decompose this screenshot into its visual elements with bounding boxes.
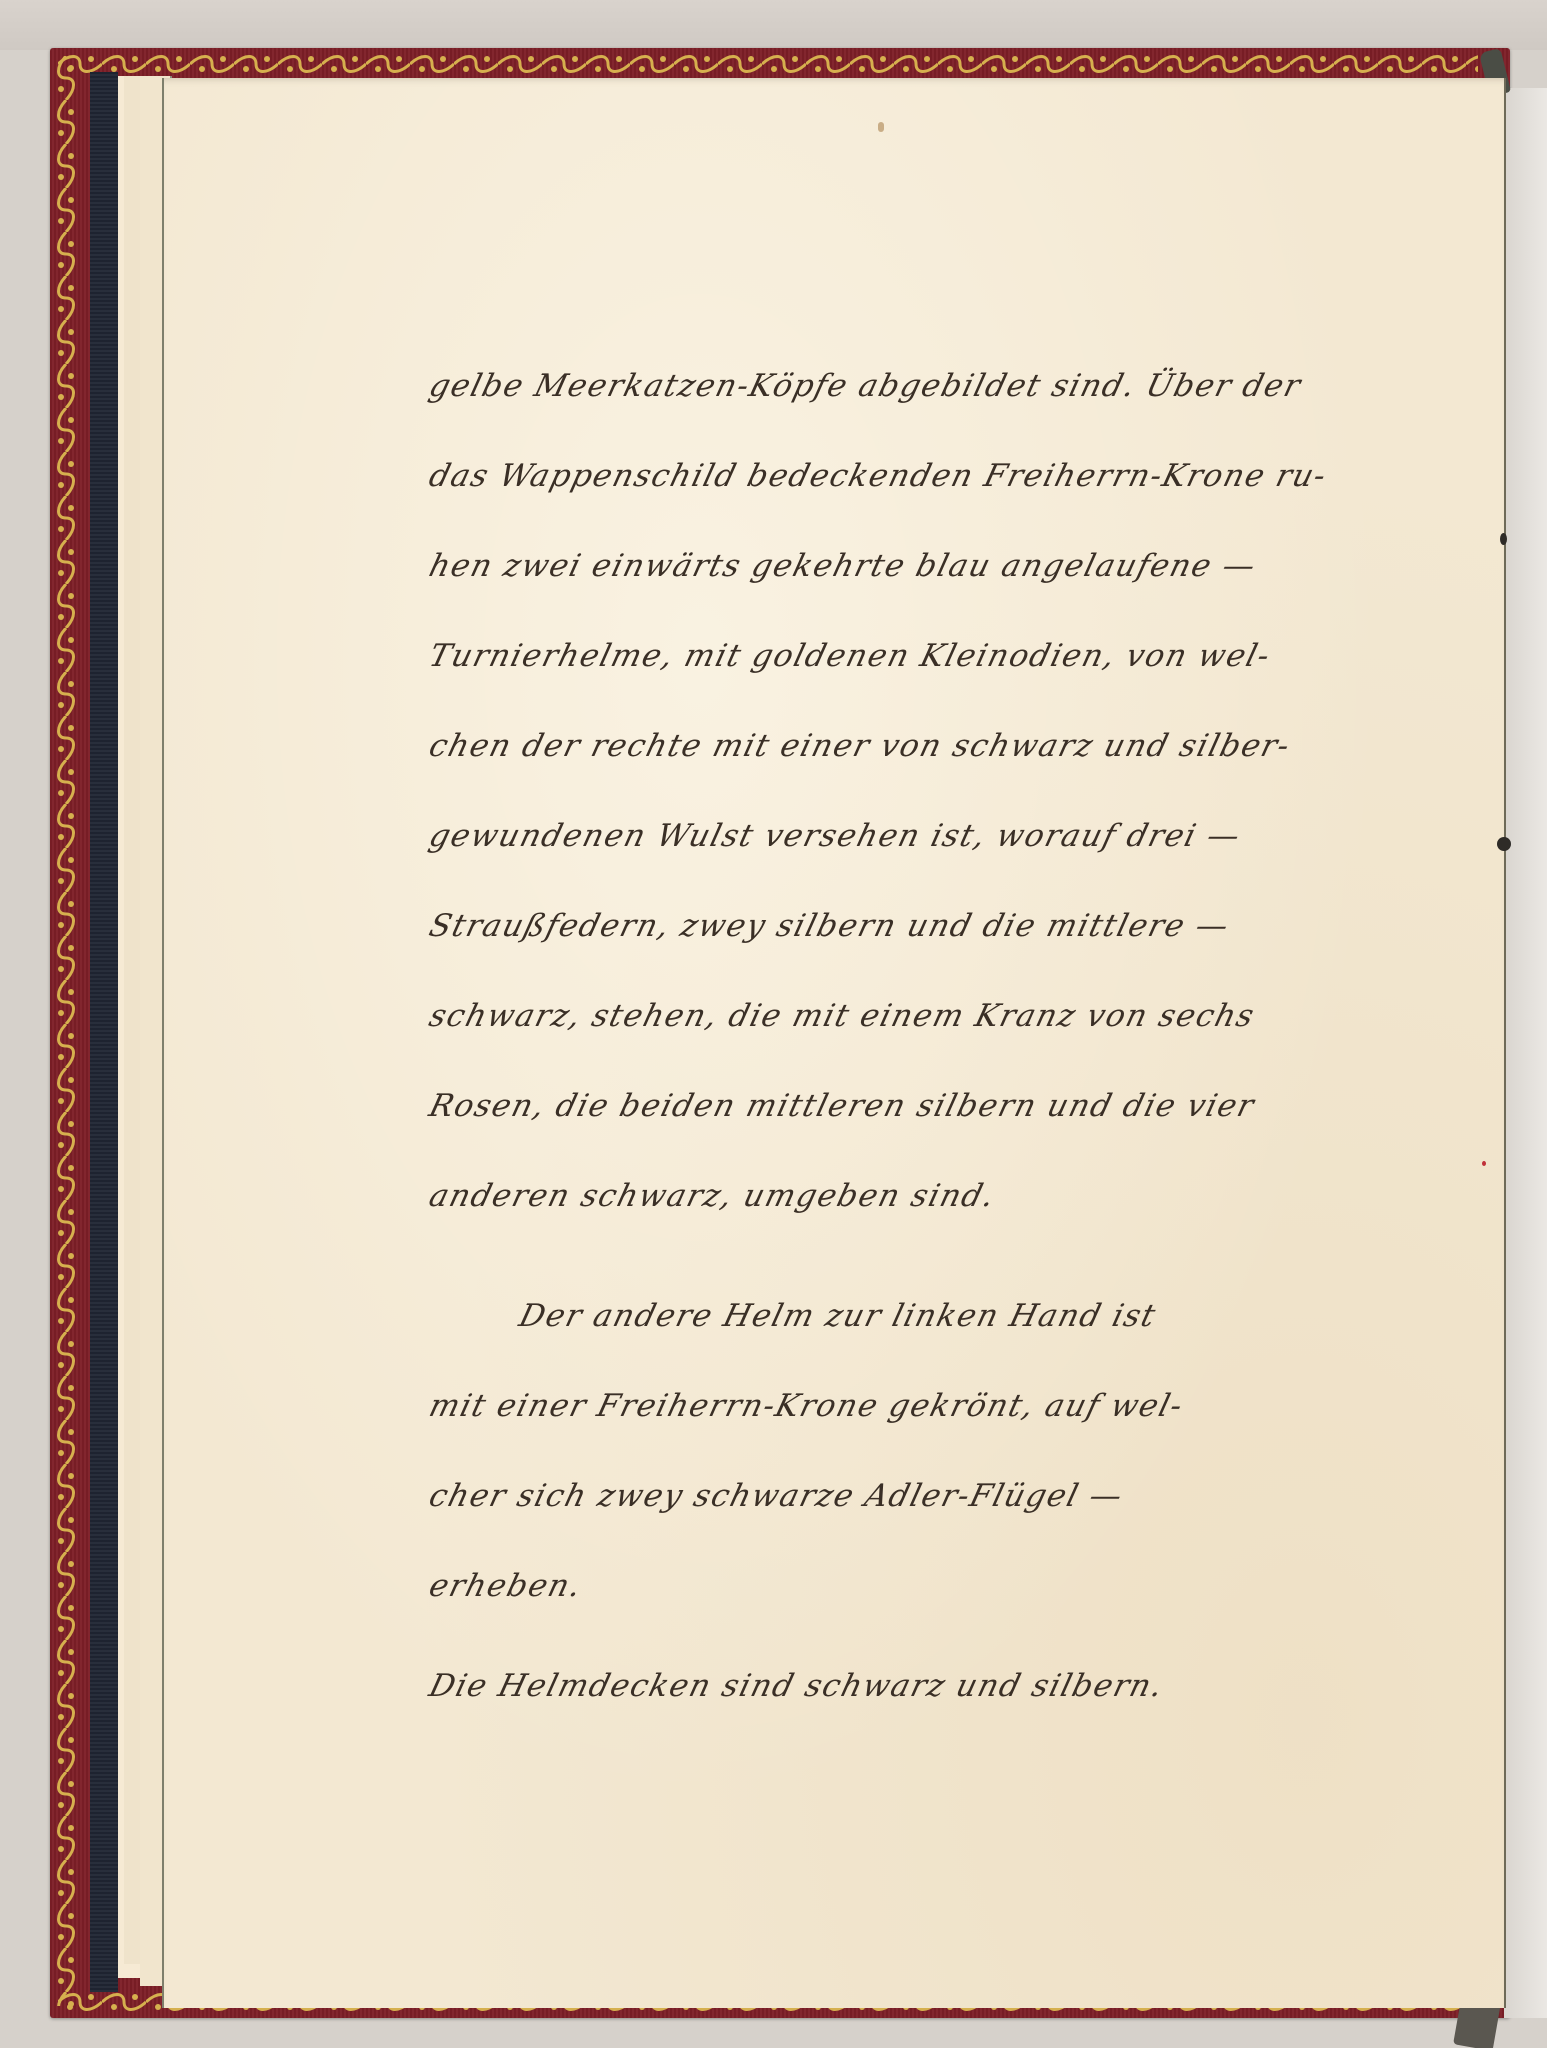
binding-pin [1500, 533, 1507, 545]
binding-pin [1497, 837, 1511, 851]
text-line: anderen schwarz, umgeben sind. [426, 1178, 1000, 1214]
gilt-vine-border-top [58, 52, 1478, 76]
gilt-vine-border-left [54, 56, 78, 2006]
text-line-paragraph-start: Der andere Helm zur linken Hand ist [516, 1298, 1161, 1334]
text-line: Straußfedern, zwey silbern und die mittl… [426, 908, 1234, 944]
text-line: gewundenen Wulst versehen ist, worauf dr… [426, 818, 1245, 854]
text-line: gelbe Meerkatzen-Köpfe abgebildet sind. … [426, 368, 1306, 404]
endpaper-band [90, 72, 118, 1992]
opposite-page-edge [1504, 88, 1547, 2018]
text-line: hen zwei einwärts gekehrte blau angelauf… [426, 548, 1261, 584]
paper-stain [878, 122, 884, 132]
text-line: Rosen, die beiden mittleren silbern und … [426, 1088, 1259, 1124]
text-line: mit einer Freiherrn-Krone gekrönt, auf w… [426, 1388, 1188, 1424]
text-line: schwarz, stehen, die mit einem Kranz von… [426, 998, 1259, 1034]
text-line: cher sich zwey schwarze Adler-Flügel — [426, 1478, 1128, 1514]
background [0, 0, 1547, 50]
ink-spot [1482, 1161, 1486, 1166]
text-line: chen der rechte mit einer von schwarz un… [426, 728, 1295, 764]
text-line: erheben. [426, 1568, 586, 1604]
text-line: Turnierhelme, mit goldenen Kleinodien, v… [426, 638, 1275, 674]
text-line: das Wappenschild bedeckenden Freiherrn-K… [426, 458, 1331, 494]
text-line-paragraph-start: Die Helmdecken sind schwarz und silbern. [426, 1668, 1168, 1704]
